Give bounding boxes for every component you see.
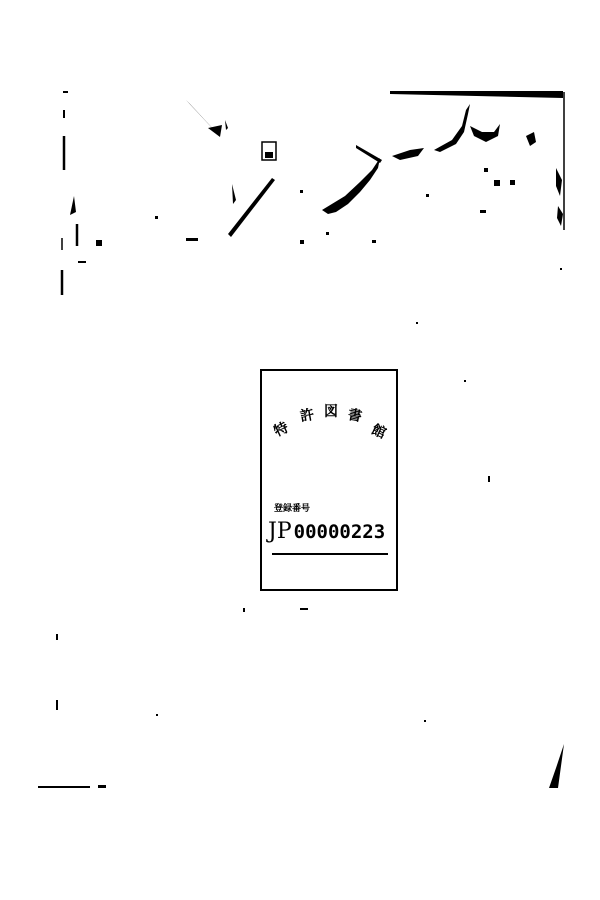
stamp-underline: [272, 553, 388, 555]
stamp-arc-text: 特 許 図 書 館: [262, 401, 400, 451]
stamp-label: 登録番号: [274, 501, 310, 514]
stamp-arc-char: 書: [346, 404, 363, 426]
document-number-value: 00000223: [294, 521, 386, 543]
document-number-prefix: JP: [268, 519, 292, 544]
stamp-arc-char: 館: [368, 419, 389, 443]
document-page: 特 許 図 書 館 登録番号 JP00000223: [0, 0, 600, 900]
stamp-arc-char: 図: [324, 401, 338, 421]
stamp-arc-char: 許: [298, 404, 315, 426]
stamp-arc-char: 特: [270, 417, 291, 441]
library-stamp: 特 許 図 書 館 登録番号 JP00000223: [260, 369, 398, 591]
document-number: JP00000223: [268, 519, 385, 544]
